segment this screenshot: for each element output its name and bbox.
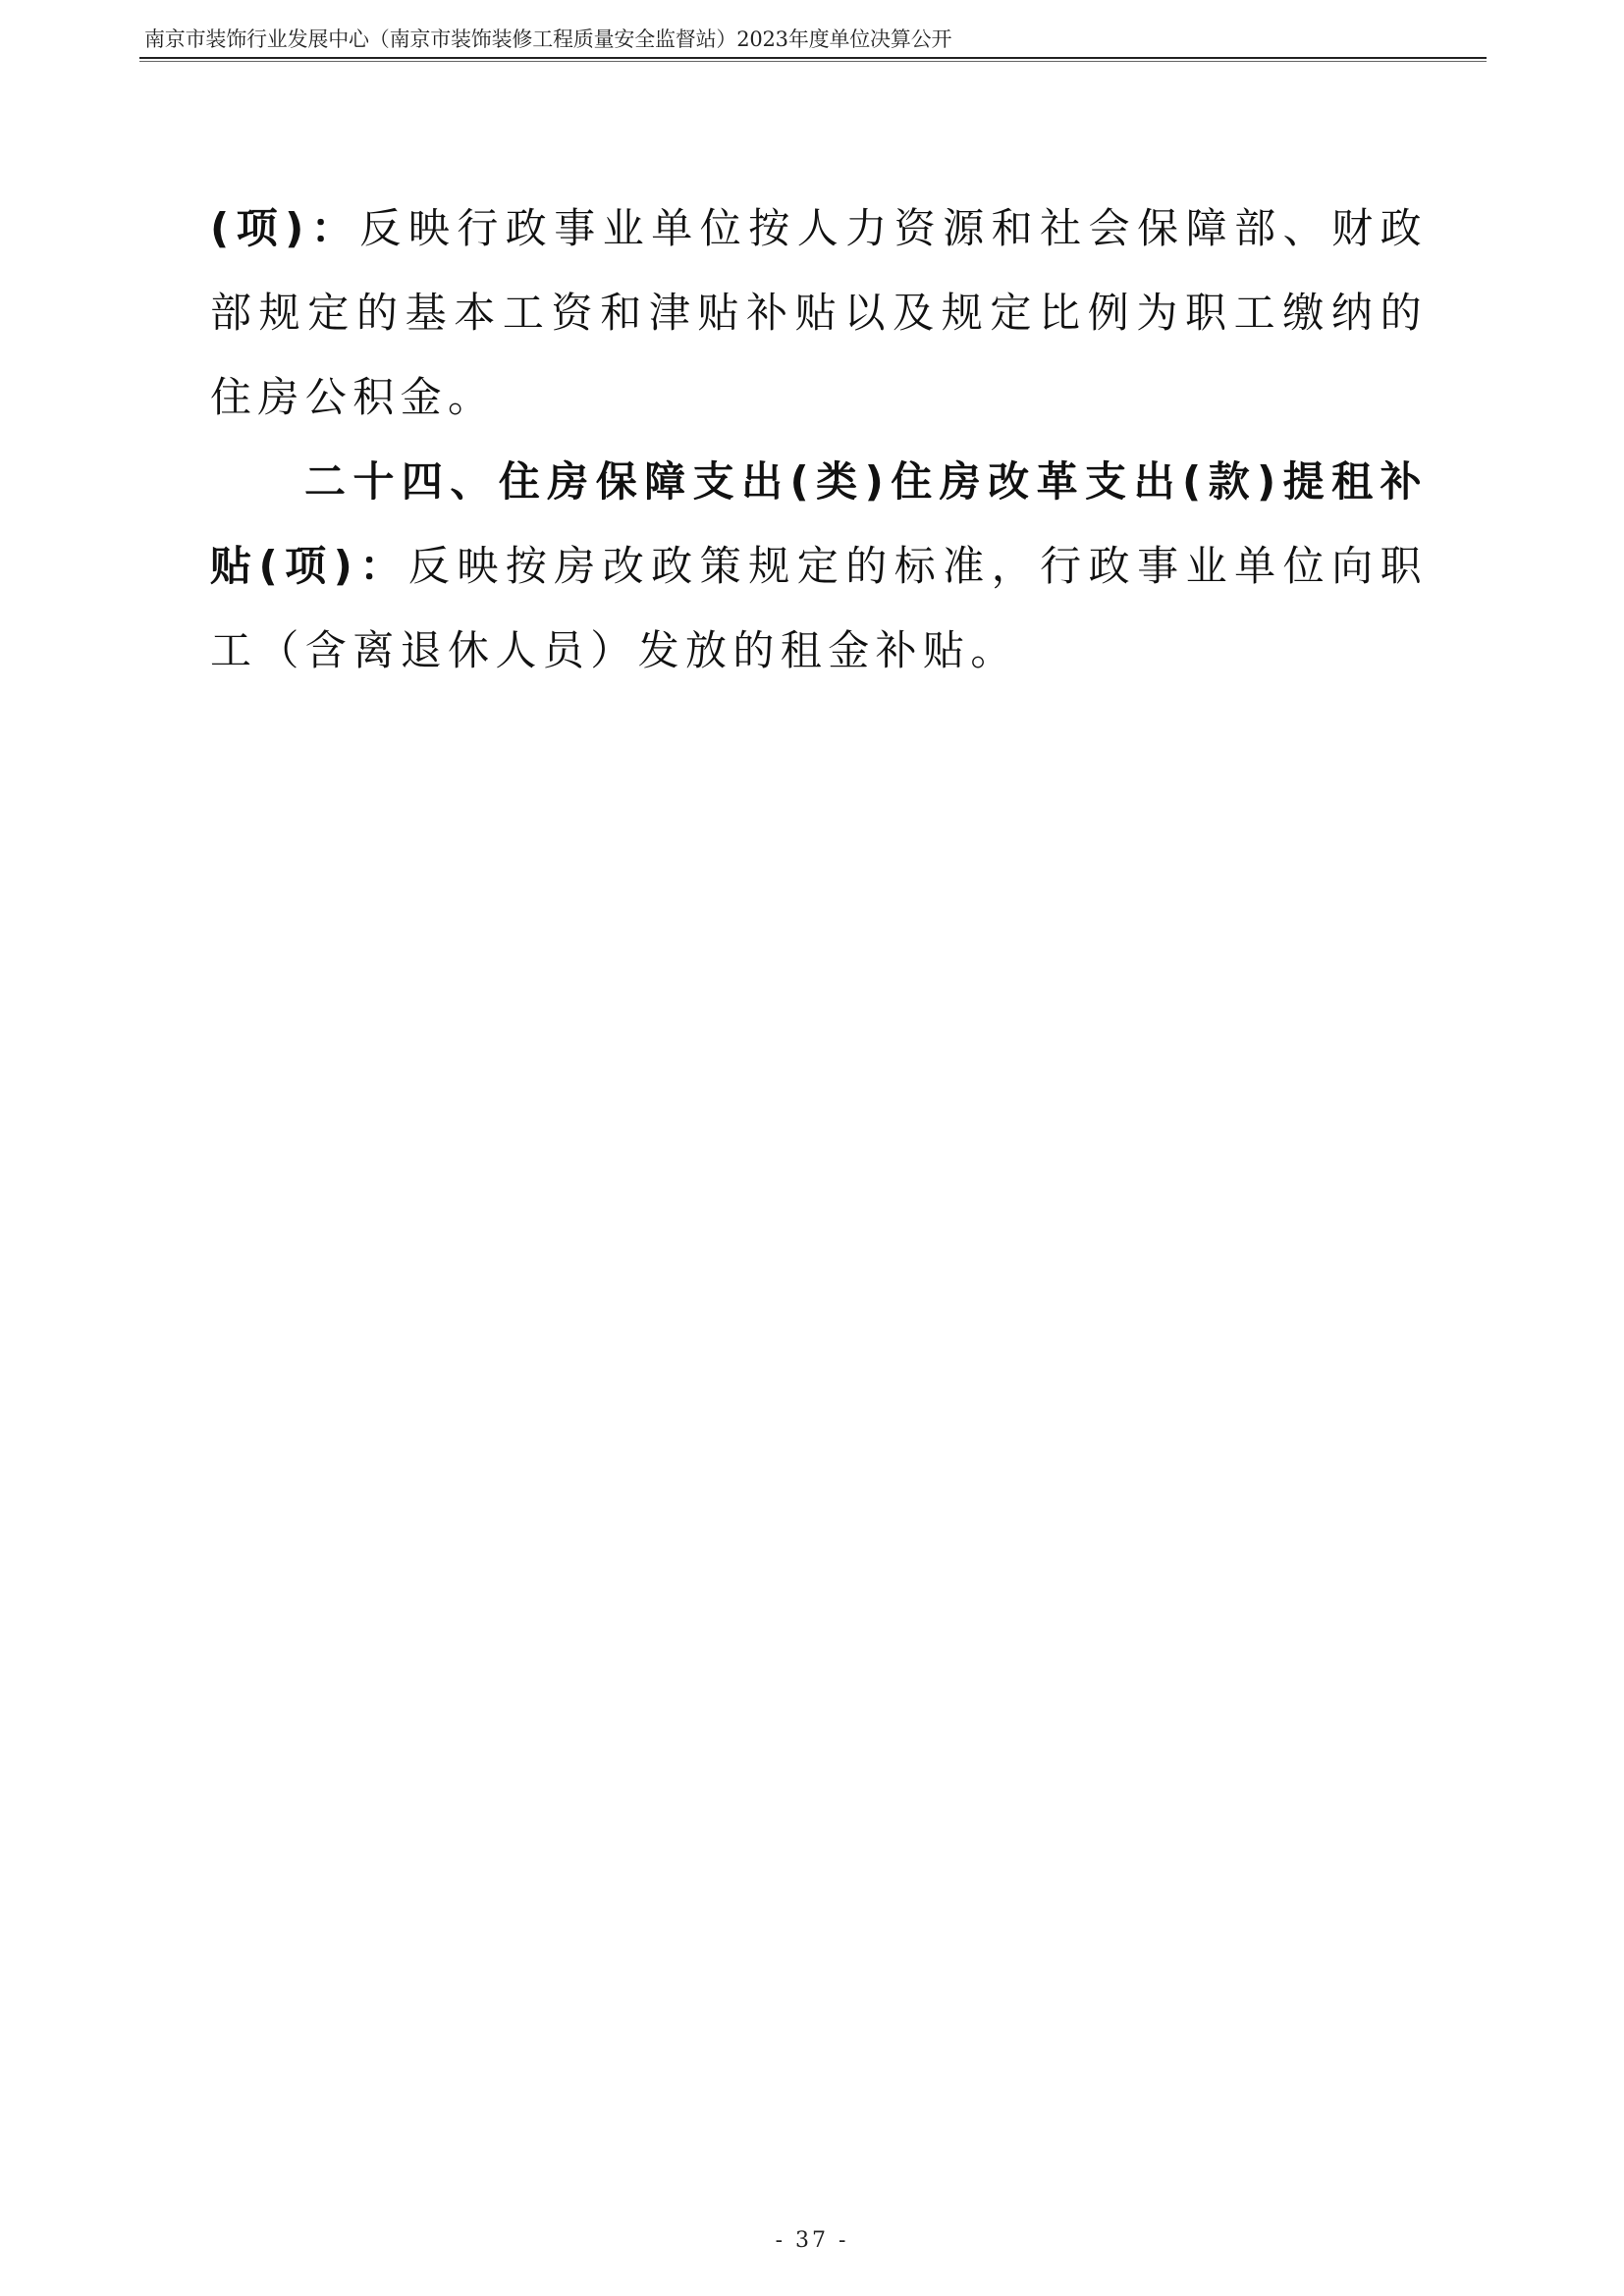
header-divider: [139, 57, 1487, 59]
paragraph-rent-subsidy: 二十四、住房保障支出(类)住房改革支出(款)提租补贴(项)：反映按房改政策规定的…: [210, 440, 1428, 693]
paragraph-text: 反映行政事业单位按人力资源和社会保障部、财政部规定的基本工资和津贴补贴以及规定比…: [210, 204, 1428, 421]
page-header: 南京市装饰行业发展中心（南京市装饰装修工程质量安全监督站）2023年度单位决算公…: [144, 26, 1489, 53]
paragraph-housing-fund: (项)：反映行政事业单位按人力资源和社会保障部、财政部规定的基本工资和津贴补贴以…: [210, 187, 1428, 440]
item-label: (项)：: [210, 204, 359, 252]
page-number: - 37 -: [0, 2226, 1624, 2256]
header-divider-thin: [139, 61, 1487, 62]
document-body: (项)：反映行政事业单位按人力资源和社会保障部、财政部规定的基本工资和津贴补贴以…: [210, 187, 1428, 693]
